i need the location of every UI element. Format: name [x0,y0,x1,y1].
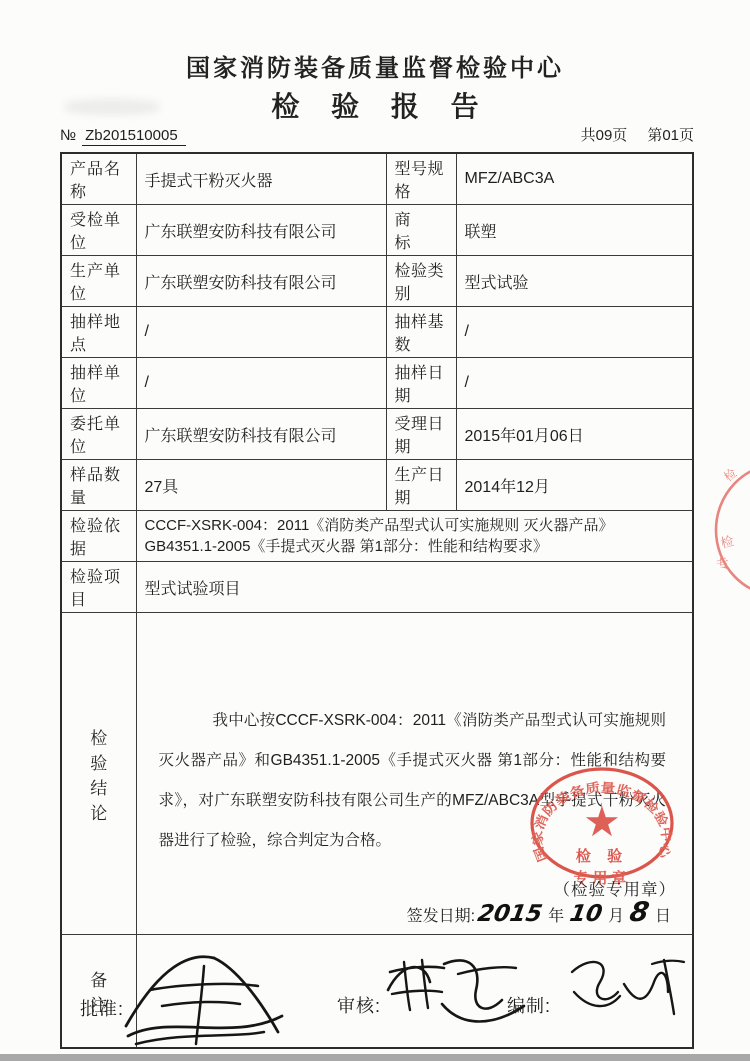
month-unit: 月 [608,903,624,926]
manufacturer-value: 广东联塑安防科技有限公司 [136,256,386,307]
sampling-unit-label: 抽样单位 [61,358,136,409]
trademark-value: 联塑 [456,205,693,256]
entrusting-unit-label: 委托单位 [61,409,136,460]
sample-quantity-value: 27具 [136,460,386,511]
sampling-base-value: / [456,307,693,358]
model-spec-value: MFZ/ABC3A [456,153,693,205]
remark-char: 备 [90,966,107,991]
conclusion-cell: 我中心按CCCF-XSRK-004：2011《消防类产品型式认可实施规则 灭火器… [136,613,693,935]
conclusion-char: 验 [90,749,107,774]
report-table: 产品名称 手提式干粉灭火器 型号规格 MFZ/ABC3A 受检单位 广东联塑安防… [60,152,694,1049]
inspection-items-row: 检验项目 型式试验项目 [61,562,693,613]
acceptance-date-value: 2015年01月06日 [456,409,693,460]
conclusion-label: 检 验 结 论 [70,686,128,862]
inspected-unit-value: 广东联塑安防科技有限公司 [136,205,386,256]
page-current: 第01页 [647,127,694,144]
reviewer-signature [378,948,528,1033]
production-date-value: 2014年12月 [456,460,693,511]
report-number-line: №Zb201510005 共09页第01页 [60,124,694,145]
table-row: 样品数量 27具 生产日期 2014年12月 [61,460,693,511]
manufacturer-label: 生产单位 [61,256,136,307]
inspection-report-page: 国家消防装备质量监督检验中心 检 验 报 告 №Zb201510005 共09页… [0,0,750,1061]
production-date-label: 生产日期 [386,460,456,511]
issue-year-handwritten: 2015 [476,901,545,927]
product-name-label: 产品名称 [61,153,136,205]
year-unit: 年 [548,903,564,926]
conclusion-char: 检 [90,724,107,749]
basis-line-2: GB4351.1-2005《手提式灭火器 第1部分：性能和结构要求》 [145,536,685,557]
report-number: №Zb201510005 [60,127,186,144]
pages-total: 共09页 [581,127,628,144]
conclusion-char: 论 [90,799,107,824]
entrusting-unit-value: 广东联塑安防科技有限公司 [136,409,386,460]
sampling-base-label: 抽样基数 [386,307,456,358]
issue-day-handwritten: 8 [627,897,651,928]
preparer-signature [556,950,691,1022]
basis-line-1: CCCF-XSRK-004：2011《消防类产品型式认可实施规则 灭火器产品》 [145,515,685,536]
inspection-basis-label: 检验依据 [61,511,136,562]
table-row: 产品名称 手提式干粉灭火器 型号规格 MFZ/ABC3A [61,153,693,205]
svg-text:检: 检 [719,533,735,551]
sampling-date-label: 抽样日期 [386,358,456,409]
sample-quantity-label: 样品数量 [61,460,136,511]
inspection-basis-row: 检验依据 CCCF-XSRK-004：2011《消防类产品型式认可实施规则 灭火… [61,511,693,562]
partial-stamp-right-edge: 检 检 专 [688,452,750,622]
issue-month-handwritten: 10 [568,901,605,927]
review-label: 审核: [337,992,381,1018]
inspection-items-value: 型式试验项目 [136,562,693,613]
table-row: 抽样地点 / 抽样基数 / [61,307,693,358]
table-row: 生产单位 广东联塑安防科技有限公司 检验类别 型式试验 [61,256,693,307]
report-number-label: № [60,127,76,144]
conclusion-label-cell: 检 验 结 论 [61,613,136,935]
sampling-place-value: / [136,307,386,358]
sampling-unit-value: / [136,358,386,409]
conclusion-char: 结 [90,774,107,799]
day-unit: 日 [655,903,671,926]
model-spec-label: 型号规格 [386,153,456,205]
table-row: 委托单位 广东联塑安防科技有限公司 受理日期 2015年01月06日 [61,409,693,460]
sampling-date-value: / [456,358,693,409]
page-indicator: 共09页第01页 [561,124,694,145]
stamp-star-icon: ★ [583,798,621,845]
product-name-value: 手提式干粉灭火器 [136,153,386,205]
issue-date-line: 签发日期: 2015 年 10 月 8 日 [407,897,674,928]
inspection-seal-stamp: 国家消防装备质量监督检验中心 ★ 检 验 专用章 [526,766,678,890]
acceptance-date-label: 受理日期 [386,409,456,460]
report-title: 检 验 报 告 [0,85,750,125]
stamp-inner-line1: 检 验 [576,847,628,865]
inspection-type-label: 检验类别 [386,256,456,307]
inspection-basis-value: CCCF-XSRK-004：2011《消防类产品型式认可实施规则 灭火器产品》 … [136,511,693,562]
inspection-type-value: 型式试验 [456,256,693,307]
prepare-label: 编制: [507,992,551,1018]
conclusion-row: 检 验 结 论 我中心按CCCF-XSRK-004：2011《消防类产品型式认可… [61,613,693,935]
table-row: 抽样单位 / 抽样日期 / [61,358,693,409]
org-title: 国家消防装备质量监督检验中心 [0,48,750,83]
report-number-value: Zb201510005 [82,127,186,146]
inspection-items-label: 检验项目 [61,562,136,613]
inspected-unit-label: 受检单位 [61,205,136,256]
issue-date-label: 签发日期: [407,903,475,926]
sampling-place-label: 抽样地点 [61,307,136,358]
trademark-label: 商 标 [386,205,456,256]
approver-signature [112,944,297,1052]
scan-bottom-edge [0,1054,750,1061]
table-row: 受检单位 广东联塑安防科技有限公司 商 标 联塑 [61,205,693,256]
